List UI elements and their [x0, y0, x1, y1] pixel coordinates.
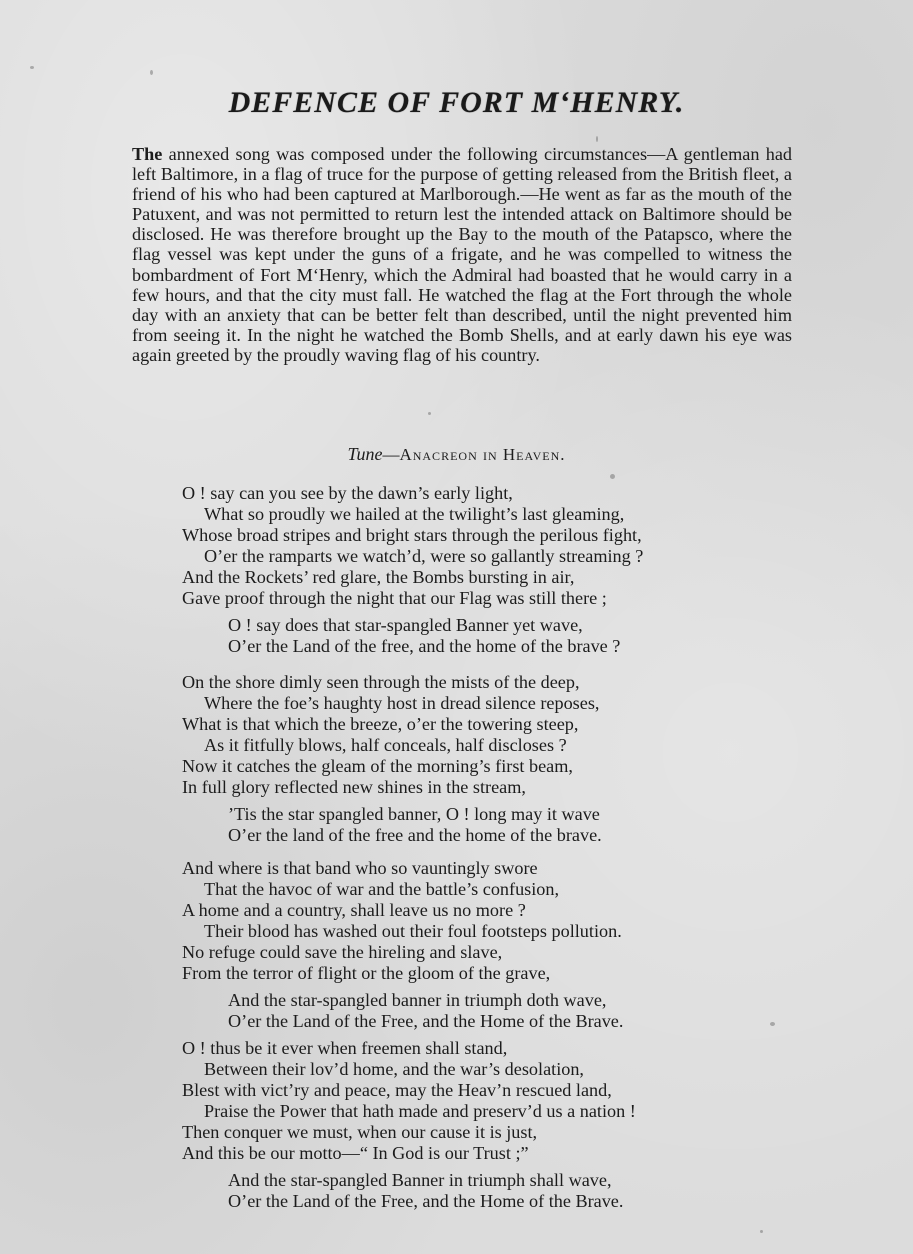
paper-speck	[428, 412, 431, 415]
tune-dash: —	[382, 445, 399, 464]
stanza-2: On the shore dimly seen through the mist…	[182, 672, 602, 846]
document-title: DEFENCE OF FORT M‘HENRY.	[0, 86, 913, 120]
verse-line: What is that which the breeze, o’er the …	[182, 714, 602, 735]
verse-line: And where is that band who so vauntingly…	[182, 858, 623, 879]
tune-name: Anacreon in Heaven.	[399, 445, 565, 464]
verse-line: O ! thus be it ever when freemen shall s…	[182, 1038, 636, 1059]
verse-line: Between their lov’d home, and the war’s …	[182, 1059, 636, 1080]
intro-paragraph: The annexed song was composed under the …	[132, 144, 792, 365]
verse-line: O’er the ramparts we watch’d, were so ga…	[182, 546, 643, 567]
intro-text: annexed song was composed under the foll…	[132, 144, 792, 365]
verse-line: A home and a country, shall leave us no …	[182, 900, 623, 921]
verse-line: On the shore dimly seen through the mist…	[182, 672, 602, 693]
stanza-4: O ! thus be it ever when freemen shall s…	[182, 1038, 636, 1212]
verse-line: Now it catches the gleam of the morning’…	[182, 756, 602, 777]
verse-line: Then conquer we must, when our cause it …	[182, 1122, 636, 1143]
tune-label: Tune	[347, 444, 382, 464]
tune-heading: Tune—Anacreon in Heaven.	[0, 444, 913, 465]
verse-line: Blest with vict’ry and peace, may the He…	[182, 1080, 636, 1101]
chorus: And the star-spangled banner in triumph …	[182, 990, 623, 1032]
chorus-line: And the star-spangled Banner in triumph …	[182, 1170, 636, 1191]
paper-speck	[596, 136, 598, 142]
paper-speck	[770, 1022, 775, 1026]
chorus-line: O ! say does that star-spangled Banner y…	[182, 615, 643, 636]
chorus-line: And the star-spangled banner in triumph …	[182, 990, 623, 1011]
verse-line: Praise the Power that hath made and pres…	[182, 1101, 636, 1122]
intro-lead-word: The	[132, 144, 162, 164]
verse-line: As it fitfully blows, half conceals, hal…	[182, 735, 602, 756]
verse-line: That the havoc of war and the battle’s c…	[182, 879, 623, 900]
verse-line: Their blood has washed out their foul fo…	[182, 921, 623, 942]
verse-line: No refuge could save the hireling and sl…	[182, 942, 623, 963]
paper-speck	[150, 70, 153, 75]
verse-line: In full glory reflected new shines in th…	[182, 777, 602, 798]
chorus: O ! say does that star-spangled Banner y…	[182, 615, 643, 657]
stanza-1: O ! say can you see by the dawn’s early …	[182, 483, 643, 657]
chorus: And the star-spangled Banner in triumph …	[182, 1170, 636, 1212]
paper-speck	[760, 1230, 763, 1233]
verse-line: O ! say can you see by the dawn’s early …	[182, 483, 643, 504]
verse-line: Gave proof through the night that our Fl…	[182, 588, 643, 609]
stanza-3: And where is that band who so vauntingly…	[182, 858, 623, 1032]
document-page: DEFENCE OF FORT M‘HENRY. The annexed son…	[0, 0, 913, 1254]
paper-speck	[610, 474, 615, 479]
paper-speck	[30, 66, 34, 69]
chorus-line: O’er the Land of the Free, and the Home …	[182, 1011, 623, 1032]
chorus: ’Tis the star spangled banner, O ! long …	[182, 804, 602, 846]
verse-line: And this be our motto—“ In God is our Tr…	[182, 1143, 636, 1164]
chorus-line: O’er the Land of the free, and the home …	[182, 636, 643, 657]
verse-line: Whose broad stripes and bright stars thr…	[182, 525, 643, 546]
chorus-line: O’er the Land of the Free, and the Home …	[182, 1191, 636, 1212]
verse-line: What so proudly we hailed at the twiligh…	[182, 504, 643, 525]
chorus-line: O’er the land of the free and the home o…	[182, 825, 602, 846]
verse-line: From the terror of flight or the gloom o…	[182, 963, 623, 984]
verse-line: Where the foe’s haughty host in dread si…	[182, 693, 602, 714]
chorus-line: ’Tis the star spangled banner, O ! long …	[182, 804, 602, 825]
verse-line: And the Rockets’ red glare, the Bombs bu…	[182, 567, 643, 588]
